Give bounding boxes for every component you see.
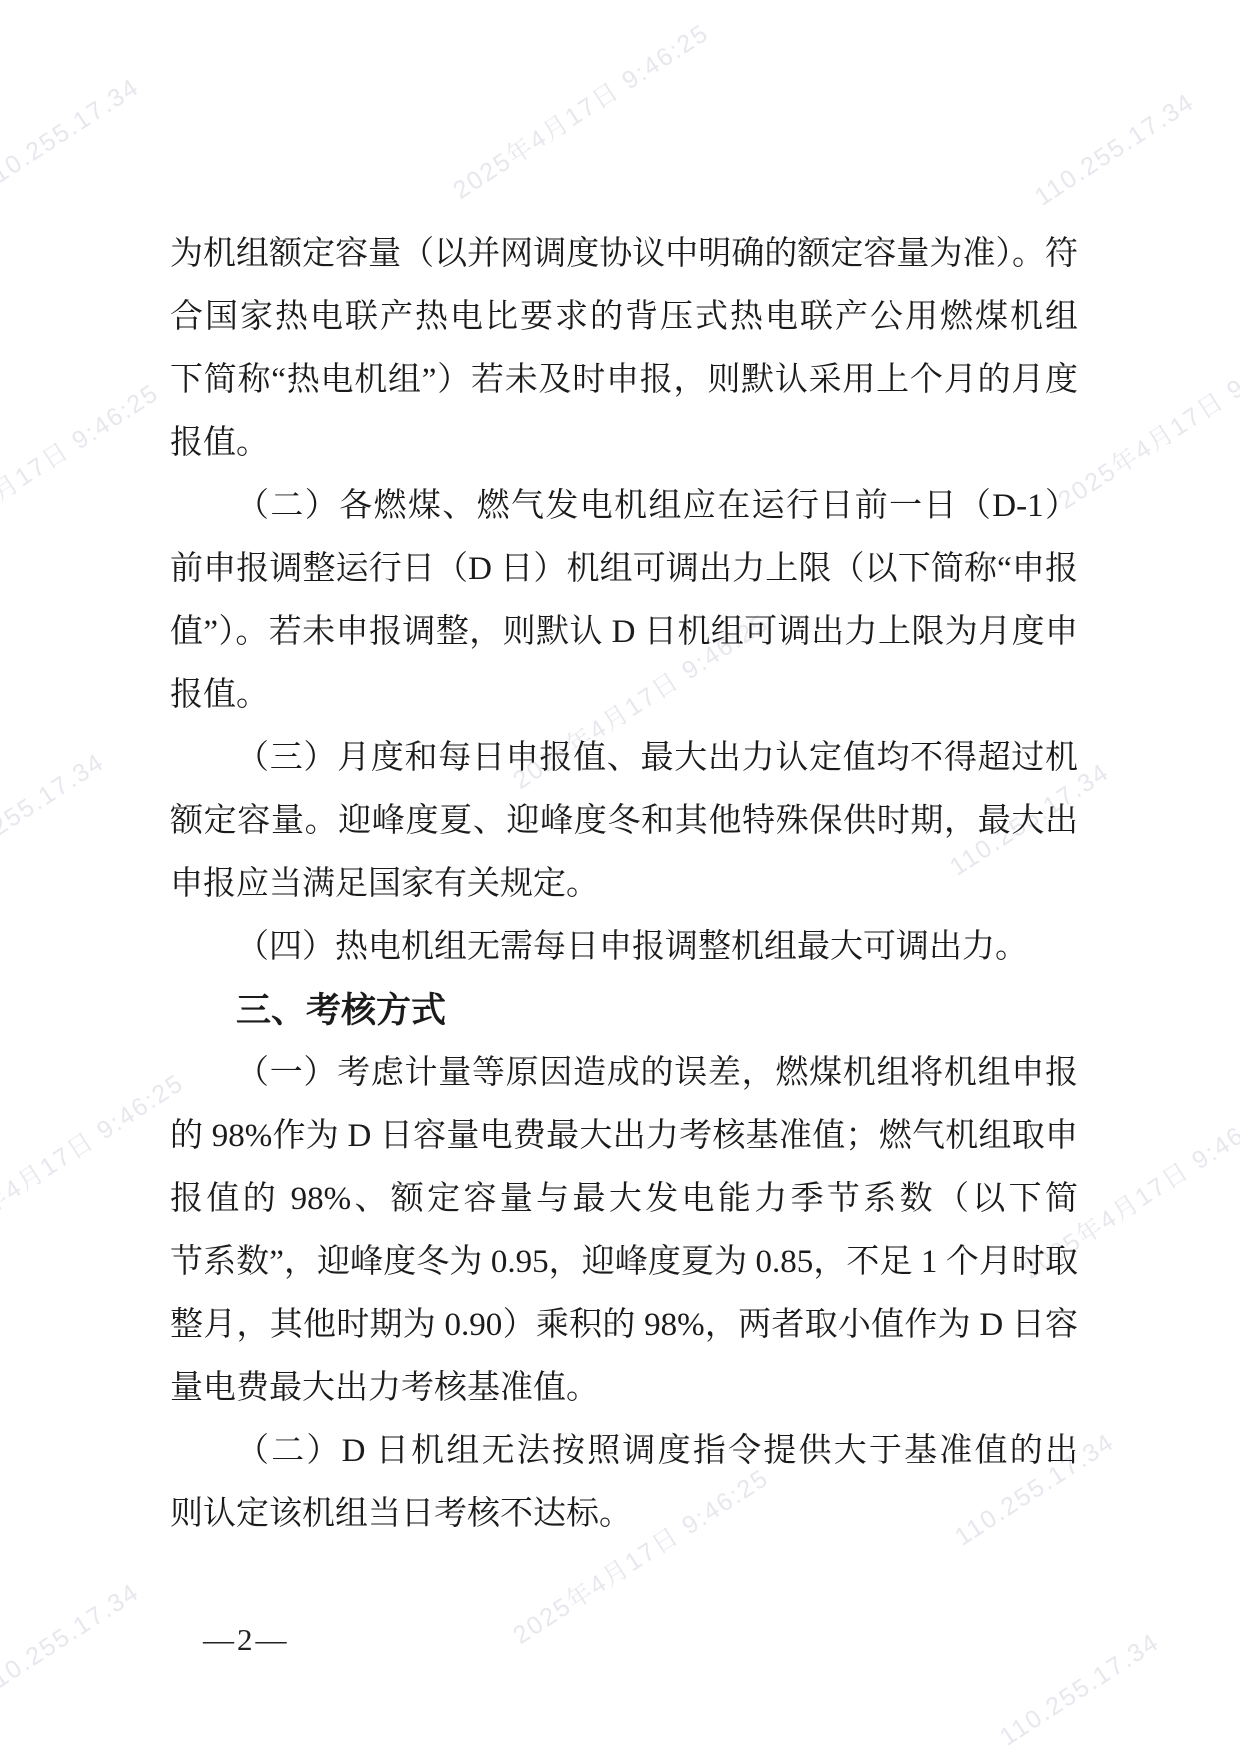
text-line: 为机组额定容量（以并网调度协议中明确的额定容量为准）。符	[170, 223, 1078, 286]
text-line: 前申报调整运行日（D 日）机组可调出力上限（以下简称“申报	[170, 538, 1078, 601]
text-line: 整月，其他时期为 0.90）乘积的 98%，两者取小值作为 D 日容	[170, 1294, 1078, 1357]
text-line: 节系数”，迎峰度冬为 0.95，迎峰度夏为 0.85，不足 1 个月时取	[170, 1231, 1078, 1294]
text-line: 量电费最大出力考核基准值。	[170, 1357, 1078, 1420]
text-line: 报值。	[170, 412, 1078, 475]
watermark-text: 110.255.17.34	[1030, 88, 1200, 213]
text-line: 三、考核方式	[170, 979, 1078, 1042]
text-line: （二）各燃煤、燃气发电机组应在运行日前一日（D-1）15:00	[170, 475, 1078, 538]
text-line: 下简称“热电机组”）若未及时申报，则默认采用上个月的月度申	[170, 349, 1078, 412]
watermark-text: 2025年4月17日 9:46:25	[1050, 324, 1240, 517]
watermark-text: 110.255.17.34	[0, 73, 145, 198]
text-line: （一）考虑计量等原因造成的误差，燃煤机组将机组申报值	[170, 1042, 1078, 1105]
paragraph: 为机组额定容量（以并网调度协议中明确的额定容量为准）。符合国家热电联产热电比要求…	[170, 223, 1078, 475]
paragraph: （一）考虑计量等原因造成的误差，燃煤机组将机组申报值的 98%作为 D 日容量电…	[170, 1042, 1078, 1420]
text-line: 报值。	[170, 664, 1078, 727]
page-number: —2—	[203, 1622, 290, 1658]
document-page: 110.255.17.342025年4月17日 9:46:25110.255.1…	[0, 0, 1240, 1753]
paragraph: （四）热电机组无需每日申报调整机组最大可调出力。	[170, 916, 1078, 979]
watermark-text: 2025年4月17日 9:46:25	[0, 1064, 190, 1257]
text-line: 报值的 98%、额定容量与最大发电能力季节系数（以下简称“季	[170, 1168, 1078, 1231]
watermark-text: 2025年4月17日 9:46:25	[445, 14, 715, 207]
text-line: （二）D 日机组无法按照调度指令提供大于基准值的出力，	[170, 1420, 1078, 1483]
watermark-text: 110.255.17.34	[995, 1628, 1165, 1753]
paragraph: （三）月度和每日申报值、最大出力认定值均不得超过机组额定容量。迎峰度夏、迎峰度冬…	[170, 727, 1078, 916]
text-line: （四）热电机组无需每日申报调整机组最大可调出力。	[170, 916, 1078, 979]
text-line: 值”）。若未申报调整，则默认 D 日机组可调出力上限为月度申	[170, 601, 1078, 664]
text-line: 的 98%作为 D 日容量电费最大出力考核基准值；燃气机组取申	[170, 1105, 1078, 1168]
document-body: 为机组额定容量（以并网调度协议中明确的额定容量为准）。符合国家热电联产热电比要求…	[170, 223, 1078, 1546]
text-line: 申报应当满足国家有关规定。	[170, 853, 1078, 916]
text-line: 额定容量。迎峰度夏、迎峰度冬和其他特殊保供时期，最大出力	[170, 790, 1078, 853]
text-line: 则认定该机组当日考核不达标。	[170, 1483, 1078, 1546]
watermark-text: 110.255.17.34	[0, 748, 110, 873]
paragraph: （二）各燃煤、燃气发电机组应在运行日前一日（D-1）15:00前申报调整运行日（…	[170, 475, 1078, 727]
watermark-text: 110.255.17.34	[0, 1578, 145, 1703]
watermark-text: 2025年4月17日 9:46:25	[0, 374, 165, 567]
text-line: 合国家热电联产热电比要求的背压式热电联产公用燃煤机组（以	[170, 286, 1078, 349]
text-line: （三）月度和每日申报值、最大出力认定值均不得超过机组	[170, 727, 1078, 790]
paragraph: （二）D 日机组无法按照调度指令提供大于基准值的出力，则认定该机组当日考核不达标…	[170, 1420, 1078, 1546]
section-heading: 三、考核方式	[170, 979, 1078, 1042]
